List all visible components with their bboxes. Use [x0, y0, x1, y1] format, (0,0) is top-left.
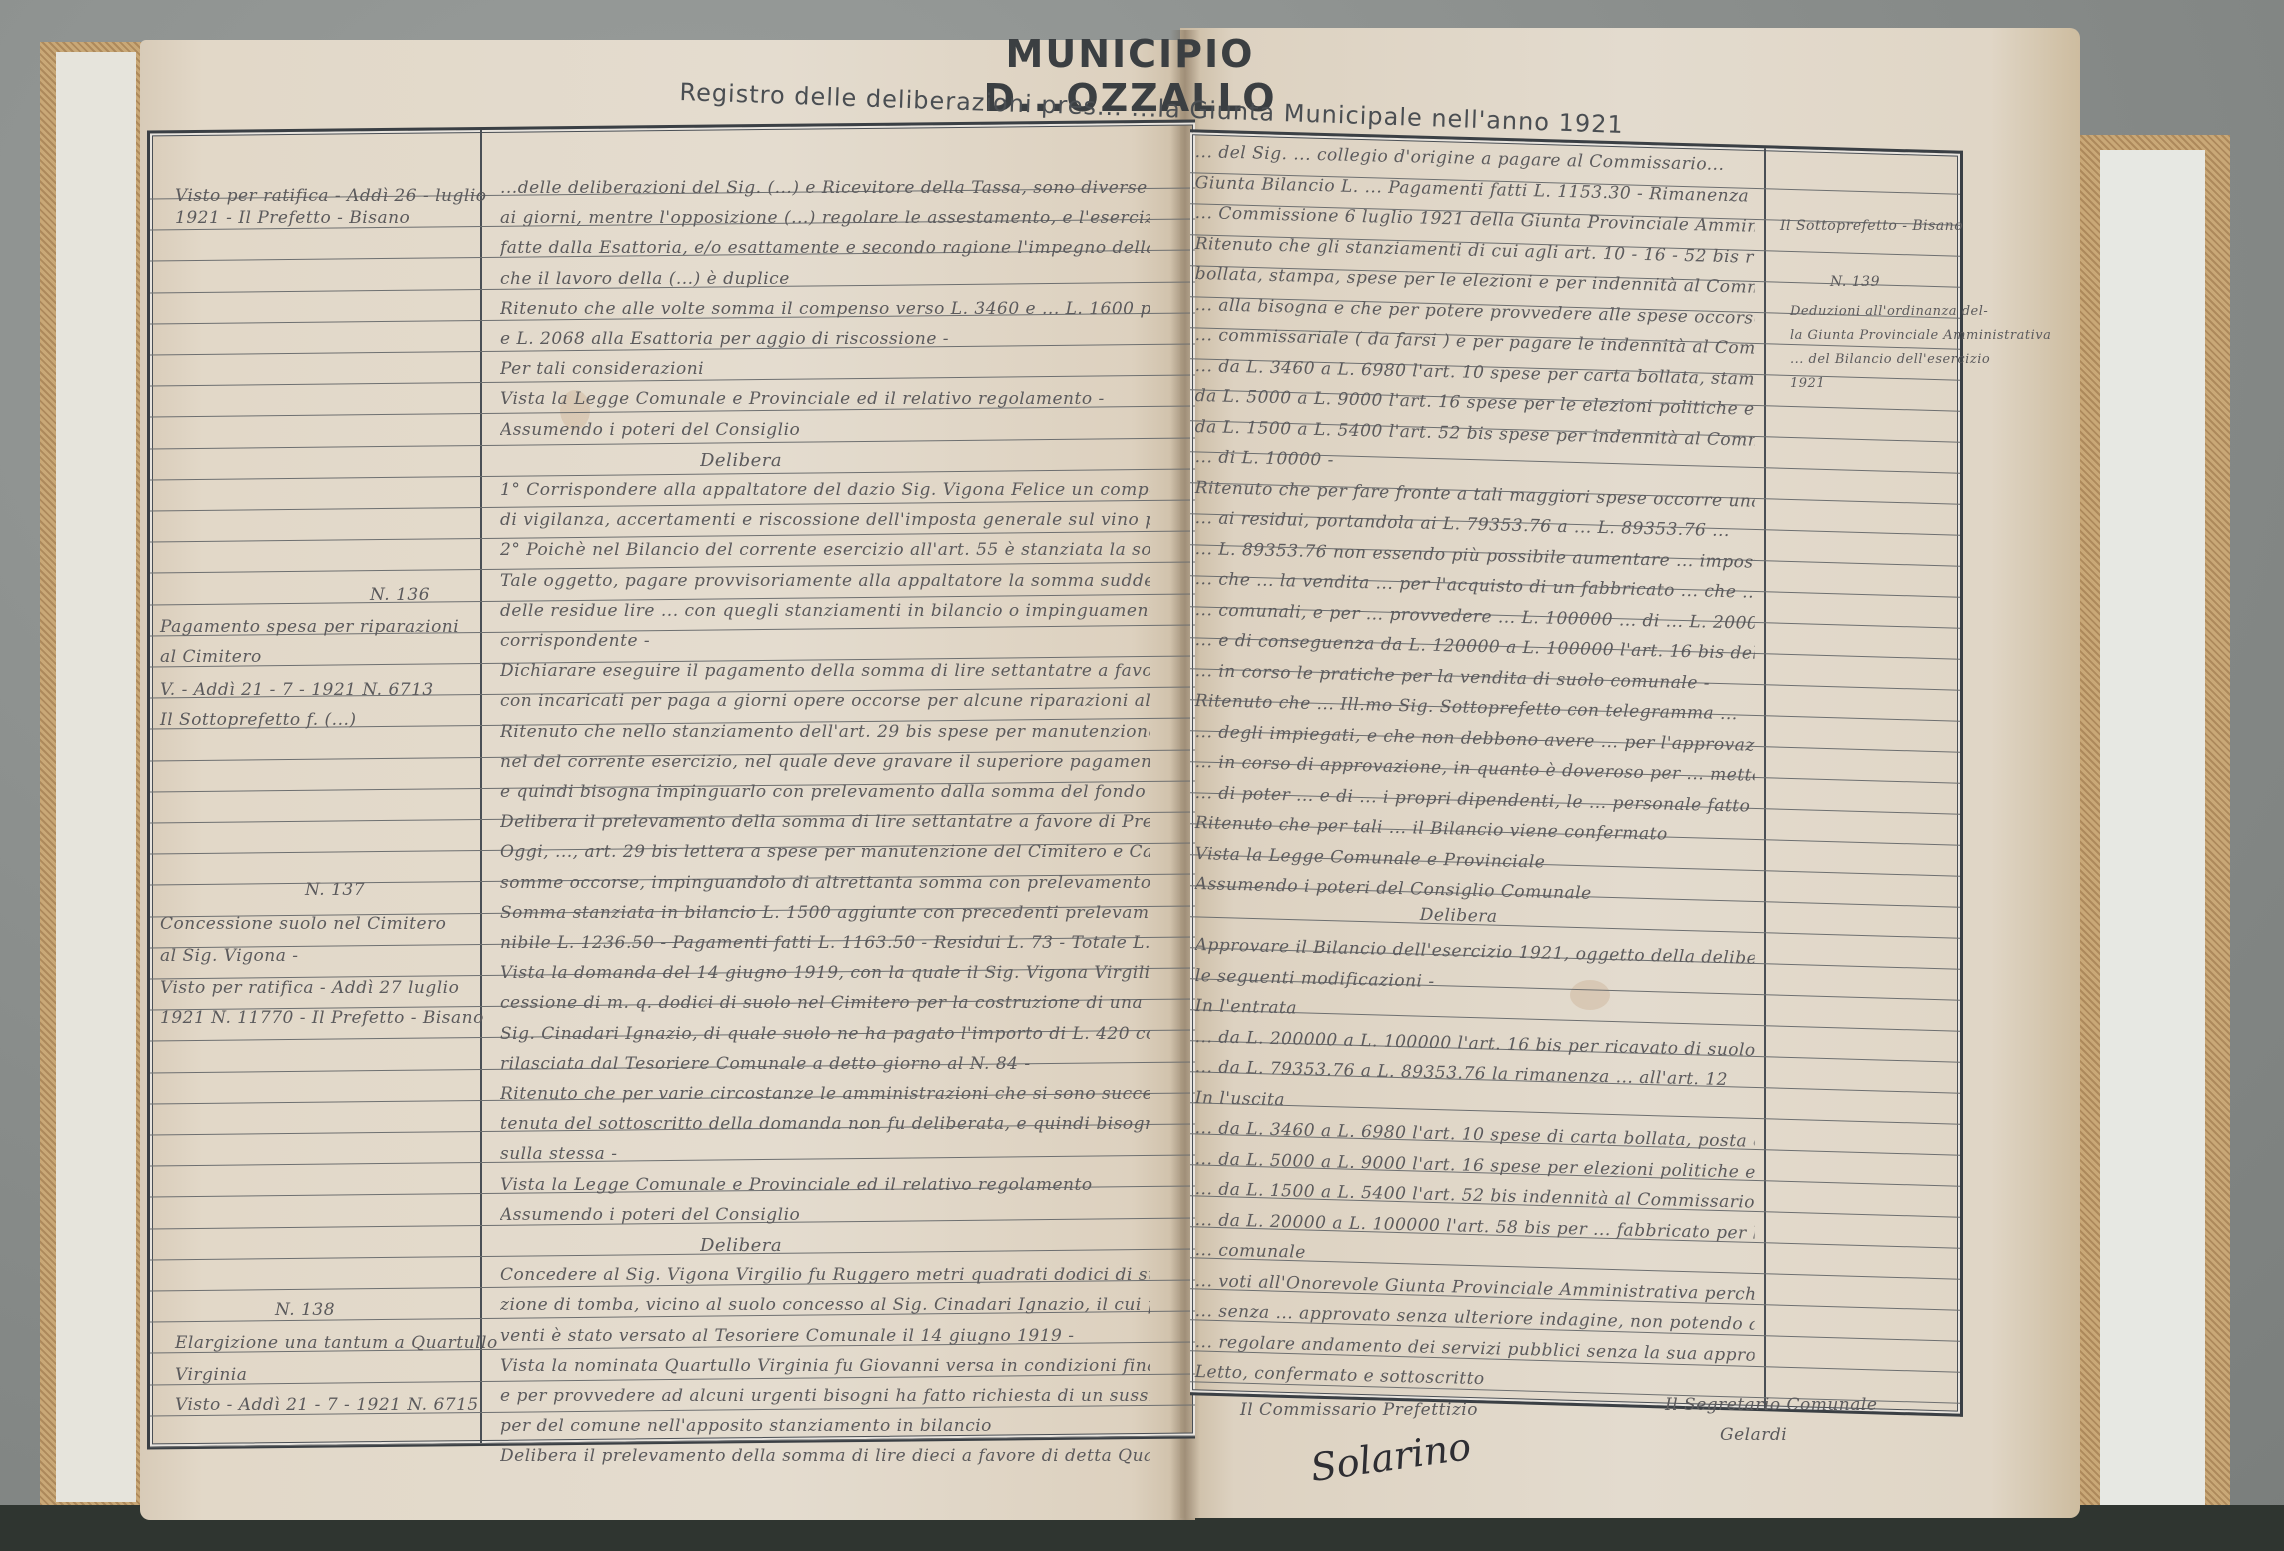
handwritten-line: nel del corrente esercizio, nel quale de… [500, 752, 1150, 772]
handwritten-line: Vista la Legge Comunale e Provinciale ed… [500, 1175, 1150, 1195]
handwritten-line: corrispondente - [500, 631, 1150, 651]
handwritten-line: e quindi bisogna impinguarlo con preleva… [500, 782, 1150, 802]
left-margin-column-divider [480, 130, 482, 1443]
entry-number: N. 138 [275, 1300, 335, 1320]
signature-label-commissario: Il Commissario Prefettizio [1240, 1400, 1478, 1420]
entry-number: N. 139 [1830, 274, 1880, 290]
handwritten-line: tenuta del sottoscritto della domanda no… [500, 1114, 1150, 1134]
handwritten-line: Tale oggetto, pagare provvisoriamente al… [500, 571, 1150, 591]
right-endpaper [2100, 150, 2205, 1510]
margin-note: Virginia [175, 1365, 247, 1385]
handwritten-line: 2° Poichè nel Bilancio del corrente eser… [500, 540, 1150, 560]
margin-note: al Cimitero [160, 647, 262, 667]
handwritten-line: Per tali considerazioni [500, 359, 1150, 379]
handwritten-line: Concedere al Sig. Vigona Virgilio fu Rug… [500, 1265, 1150, 1285]
handwritten-line: Ritenuto che alle volte somma il compens… [500, 299, 1150, 319]
handwritten-line: delle residue lire ... con quegli stanzi… [500, 601, 1150, 621]
handwritten-line: Oggi, ..., art. 29 bis lettera a spese p… [500, 842, 1150, 862]
margin-note: Visto - Addì 21 - 7 - 1921 N. 6715 [175, 1395, 479, 1415]
margin-note: Elargizione una tantum a Quartullo [175, 1333, 498, 1353]
margin-note: Pagamento spesa per riparazioni [160, 617, 459, 637]
handwritten-line: con incaricati per paga a giorni opere o… [500, 691, 1150, 711]
margin-note: Deduzioni all'ordinanza del- [1790, 304, 1988, 319]
entry-number: N. 137 [305, 880, 365, 900]
handwritten-line: che il lavoro della (...) è duplice [500, 269, 1150, 289]
handwritten-line: Vista la domanda del 14 giugno 1919, con… [500, 963, 1150, 983]
handwritten-line: e L. 2068 alla Esattoria per aggio di ri… [500, 329, 1150, 349]
margin-note: 1921 N. 11770 - Il Prefetto - Bisano [160, 1008, 484, 1028]
signature-label-segretario: Il Segretario Comunale [1665, 1395, 1877, 1415]
margin-note: ... del Bilancio dell'esercizio [1790, 352, 1990, 367]
margin-note: Concessione suolo nel Cimitero [160, 914, 446, 934]
left-endpaper [56, 52, 136, 1502]
margin-note: 1921 [1790, 376, 1825, 391]
handwritten-line: ...delle deliberazioni del Sig. (...) e … [500, 178, 1150, 198]
handwritten-line: Ritenuto che nello stanziamento dell'art… [500, 722, 1150, 742]
handwritten-line: Vista la nominata Quartullo Virginia fu … [500, 1356, 1150, 1376]
handwritten-line: Delibera il prelevamento della somma di … [500, 812, 1150, 832]
handwritten-line: zione di tomba, vicino al suolo concesso… [500, 1295, 1150, 1315]
margin-note: Il Sottoprefetto f. (...) [160, 710, 357, 730]
margin-note: Visto per ratifica - Addì 27 luglio [160, 978, 459, 998]
handwritten-line: Dichiarare eseguire il pagamento della s… [500, 661, 1150, 681]
margin-note: V. - Addì 21 - 7 - 1921 N. 6713 [160, 680, 434, 700]
handwritten-line: Delibera il prelevamento della somma di … [500, 1446, 1150, 1466]
handwritten-line: Assumendo i poteri del Consiglio [500, 420, 1150, 440]
handwritten-line: Somma stanziata in bilancio L. 1500 aggi… [500, 903, 1150, 923]
handwritten-line: cessione di m. q. dodici di suolo nel Ci… [500, 993, 1150, 1013]
handwritten-line: Sig. Cinadari Ignazio, di quale suolo ne… [500, 1024, 1150, 1044]
margin-note: la Giunta Provinciale Amministrativa [1790, 328, 2051, 343]
title-left: MUNICIPIO [1006, 32, 1255, 76]
entry-number: N. 136 [370, 585, 430, 605]
handwritten-line: Assumendo i poteri del Consiglio [500, 1205, 1150, 1225]
handwritten-line: fatte dalla Esattoria, e/o esattamente e… [500, 238, 1150, 258]
margin-note: 1921 - Il Prefetto - Bisano [175, 208, 410, 228]
handwritten-line: di vigilanza, accertamenti e riscossione… [500, 510, 1150, 530]
margin-note: Visto per ratifica - Addì 26 - luglio [175, 186, 487, 206]
handwritten-line: nibile L. 1236.50 - Pagamenti fatti L. 1… [500, 933, 1150, 953]
handwritten-line: Vista la Legge Comunale e Provinciale ed… [500, 389, 1150, 409]
handwritten-line: ai giorni, mentre l'opposizione (...) re… [500, 208, 1150, 228]
handwritten-line: rilasciata dal Tesoriere Comunale a dett… [500, 1054, 1150, 1074]
margin-note: al Sig. Vigona - [160, 946, 299, 966]
handwritten-line: 1° Corrispondere alla appaltatore del da… [500, 480, 1150, 500]
handwritten-line: sulla stessa - [500, 1144, 1150, 1164]
year-suffix: 1 [1607, 110, 1624, 139]
signature-segretario: Gelardi [1720, 1425, 1787, 1445]
handwritten-line: Ritenuto che per varie circostanze le am… [500, 1084, 1150, 1104]
handwritten-line: venti è stato versato al Tesoriere Comun… [500, 1326, 1150, 1346]
handwritten-line: somme occorse, impinguandolo di altretta… [500, 873, 1150, 893]
handwritten-line: per del comune nell'apposito stanziament… [500, 1416, 1150, 1436]
handwritten-line: e per provvedere ad alcuni urgenti bisog… [500, 1386, 1150, 1406]
margin-note: Il Sottoprefetto - Bisano [1780, 218, 1963, 234]
